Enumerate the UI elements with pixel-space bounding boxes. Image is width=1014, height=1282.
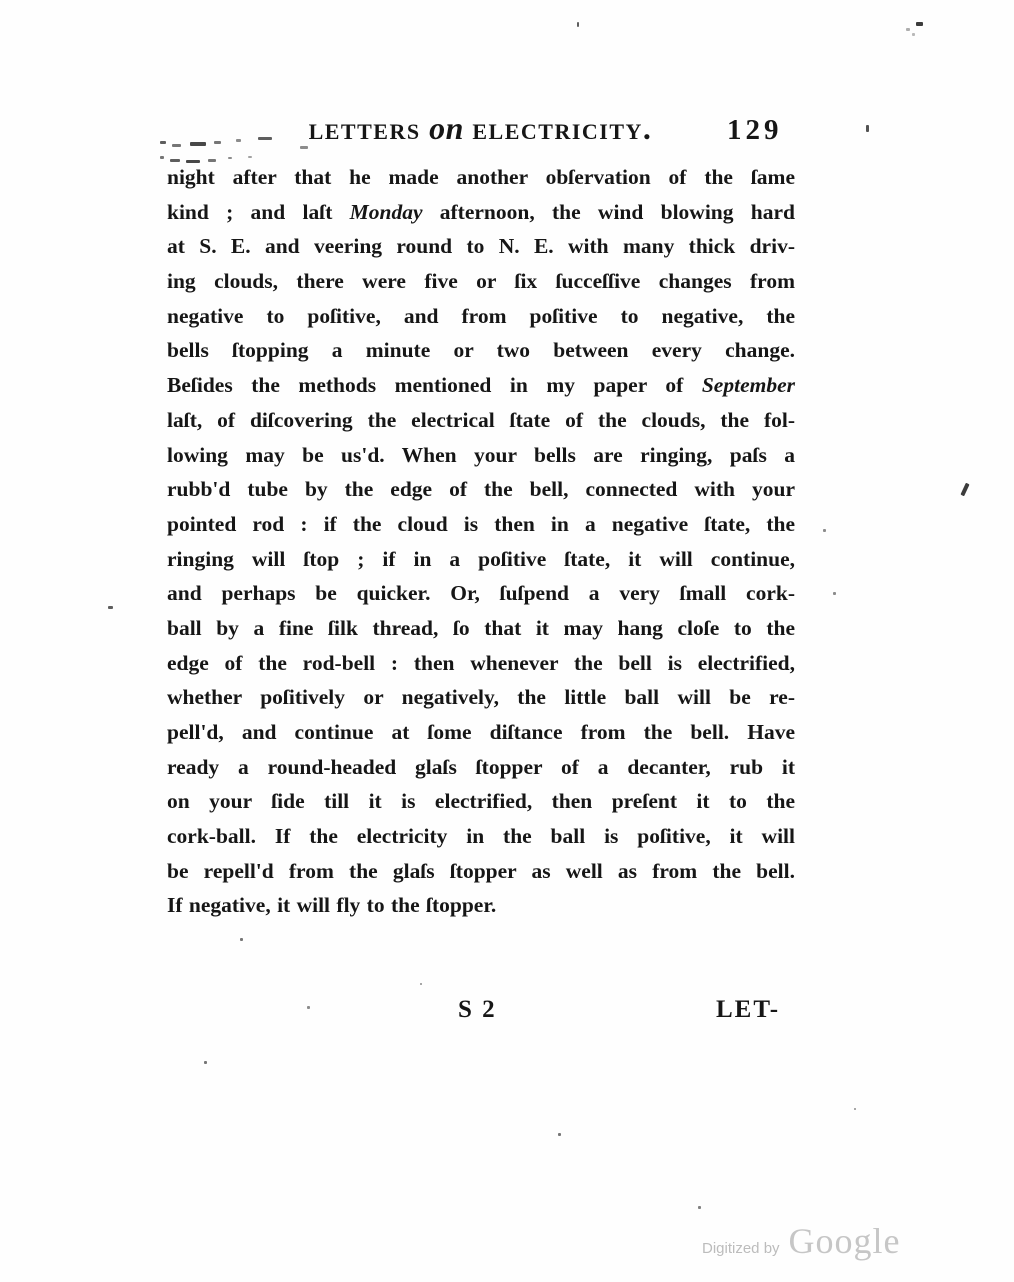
text-segment: pell'd, and continue at ſome diſtance fr… xyxy=(167,720,795,744)
catchword: LET- xyxy=(716,996,780,1024)
scan-speck xyxy=(208,159,216,162)
text-segment: be repell'd from the glaſs ſtopper as we… xyxy=(167,859,795,883)
text-segment: If negative, it will fly to the ſtopper. xyxy=(167,893,496,917)
text-segment: kind ; and laſt xyxy=(167,200,350,224)
scan-speck xyxy=(170,159,180,162)
scan-speck xyxy=(204,1061,207,1064)
text-segment: laſt, of diſcovering the electrical ſtat… xyxy=(167,408,795,432)
text-line: lowing may be us'd. When your bells are … xyxy=(167,438,795,473)
text-segment: lowing may be us'd. When your bells are … xyxy=(167,443,795,467)
scan-speck xyxy=(240,938,243,941)
text-segment: cork-ball. If the electricity in the bal… xyxy=(167,824,795,848)
page-number: 129 xyxy=(727,114,783,147)
text-segment: ball by a fine ſilk thread, ſo that it m… xyxy=(167,616,795,640)
text-line: ready a round-headed glaſs ſtopper of a … xyxy=(167,750,795,785)
text-line: pointed rod : if the cloud is then in a … xyxy=(167,507,795,542)
scan-speck xyxy=(108,606,113,609)
text-line: edge of the rod-bell : then whenever the… xyxy=(167,646,795,681)
text-line: ing clouds, there were five or ſix ſucce… xyxy=(167,264,795,299)
text-line: negative to poſitive, and from poſitive … xyxy=(167,299,795,334)
text-segment: whether poſitively or negatively, the li… xyxy=(167,685,795,709)
text-line: If negative, it will fly to the ſtopper. xyxy=(167,888,795,923)
running-head: Letters on Electricity. xyxy=(167,110,794,147)
text-segment: bells ſtopping a minute or two between e… xyxy=(167,338,795,362)
google-logo: Google xyxy=(789,1220,901,1262)
text-line: kind ; and laſt Monday afternoon, the wi… xyxy=(167,195,795,230)
book-page: Letters on Electricity. 129 night after … xyxy=(0,0,1014,1282)
text-segment: negative to poſitive, and from poſitive … xyxy=(167,304,795,328)
scan-speck xyxy=(912,33,915,36)
text-line: night after that he made another obſerva… xyxy=(167,160,795,195)
text-segment: night after that he made another obſerva… xyxy=(167,165,795,189)
scan-speck xyxy=(214,141,221,144)
text-segment: on your ſide till it is electrified, the… xyxy=(167,789,795,813)
text-line: be repell'd from the glaſs ſtopper as we… xyxy=(167,854,795,889)
scan-speck xyxy=(420,983,422,985)
scan-speck xyxy=(307,1006,310,1009)
scan-speck xyxy=(698,1206,701,1209)
scan-speck xyxy=(300,146,308,149)
text-segment: ringing will ſtop ; if in a poſitive ſta… xyxy=(167,547,795,571)
scan-speck xyxy=(558,1133,561,1136)
running-head-part: on xyxy=(421,110,473,146)
text-line: Beſides the methods mentioned in my pape… xyxy=(167,368,795,403)
scan-speck xyxy=(833,592,836,595)
scan-speck xyxy=(248,156,252,158)
scan-speck xyxy=(577,22,579,27)
text-line: rubb'd tube by the edge of the bell, con… xyxy=(167,472,795,507)
body-text: night after that he made another obſerva… xyxy=(167,160,795,923)
italic-word: September xyxy=(702,373,795,397)
text-segment: Beſides the methods mentioned in my pape… xyxy=(167,373,702,397)
text-line: whether poſitively or negatively, the li… xyxy=(167,680,795,715)
scan-speck xyxy=(186,160,200,163)
scan-speck xyxy=(258,137,272,140)
scan-speck xyxy=(823,529,826,532)
scan-speck xyxy=(960,483,969,496)
scan-speck xyxy=(172,144,181,147)
text-segment: and perhaps be quicker. Or, ſuſpend a ve… xyxy=(167,581,795,605)
text-line: ringing will ſtop ; if in a poſitive ſta… xyxy=(167,542,795,577)
scan-speck xyxy=(228,157,232,159)
scan-speck xyxy=(854,1108,856,1110)
text-segment: pointed rod : if the cloud is then in a … xyxy=(167,512,795,536)
text-segment: ready a round-headed glaſs ſtopper of a … xyxy=(167,755,795,779)
text-segment: ing clouds, there were five or ſix ſucce… xyxy=(167,269,795,293)
text-line: laſt, of diſcovering the electrical ſtat… xyxy=(167,403,795,438)
signature-mark: S 2 xyxy=(458,996,497,1024)
text-segment: edge of the rod-bell : then whenever the… xyxy=(167,651,795,675)
scan-speck xyxy=(866,125,869,132)
text-line: ball by a fine ſilk thread, ſo that it m… xyxy=(167,611,795,646)
scan-speck xyxy=(236,139,241,142)
text-segment: at S. E. and veering round to N. E. with… xyxy=(167,234,795,258)
scan-speck xyxy=(160,141,166,144)
text-segment: rubb'd tube by the edge of the bell, con… xyxy=(167,477,795,501)
text-line: on your ſide till it is electrified, the… xyxy=(167,784,795,819)
scan-speck xyxy=(190,142,206,146)
scan-speck xyxy=(916,22,923,26)
watermark-prefix: Digitized by xyxy=(702,1240,780,1257)
text-line: bells ſtopping a minute or two between e… xyxy=(167,333,795,368)
running-head-part: Electricity. xyxy=(472,110,652,146)
scan-speck xyxy=(160,156,164,159)
watermark: Digitized by Google xyxy=(702,1220,901,1262)
text-line: at S. E. and veering round to N. E. with… xyxy=(167,229,795,264)
text-line: cork-ball. If the electricity in the bal… xyxy=(167,819,795,854)
italic-word: Monday xyxy=(350,200,423,224)
running-head-part: Letters xyxy=(309,110,421,146)
scan-speck xyxy=(906,28,910,31)
text-line: and perhaps be quicker. Or, ſuſpend a ve… xyxy=(167,576,795,611)
text-line: pell'd, and continue at ſome diſtance fr… xyxy=(167,715,795,750)
text-segment: afternoon, the wind blowing hard xyxy=(423,200,796,224)
